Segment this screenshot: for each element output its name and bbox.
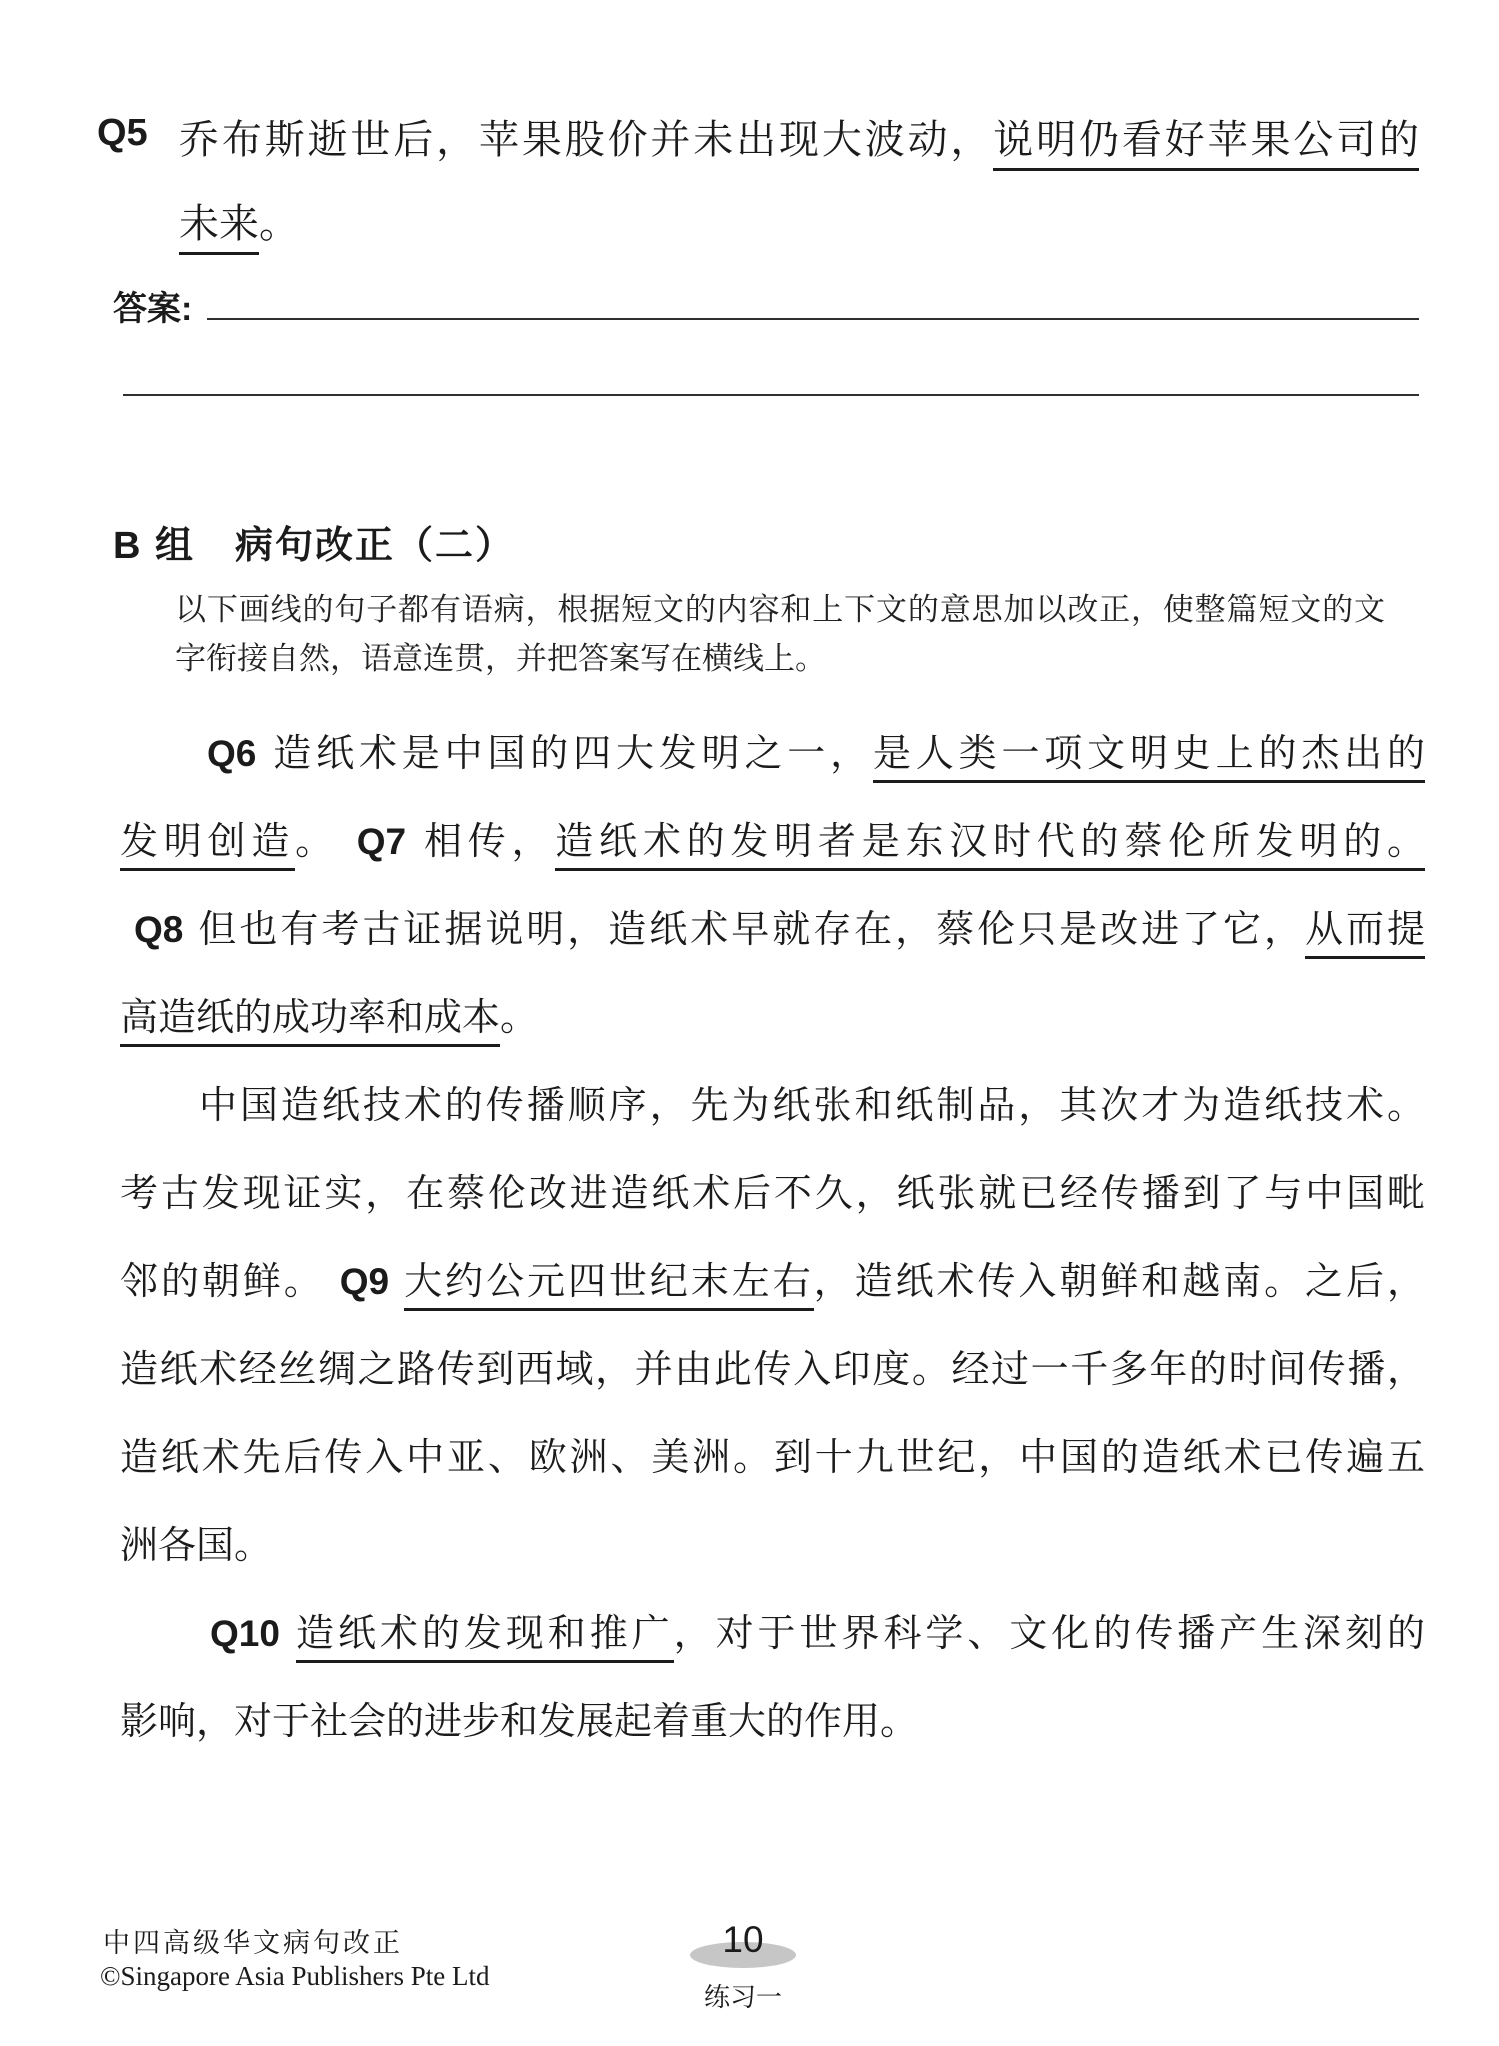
text-run: 乔布斯逝世后，苹果股价并未出现大波动， [179, 117, 993, 163]
text-run: 邻的朝鲜。 [120, 1259, 340, 1303]
text-run: 以下画线的句子都有语病，根据短文的内容和上下文的意思加以改正，使整篇短文的文 [175, 592, 1385, 627]
underlined-text: 造纸术的发现和推广 [296, 1611, 674, 1663]
underlined-text: 说明仍看好苹果公司的 [993, 117, 1419, 171]
text-line: 考古发现证实，在蔡伦改进造纸术后不久，纸张就已经传播到了与中国毗 [120, 1149, 1425, 1237]
text-run [389, 1259, 404, 1303]
text-run: ，造纸术传入朝鲜和越南。之后， [814, 1259, 1425, 1303]
text-line: Q8 但也有考古证据说明，造纸术早就存在，蔡伦只是改进了它，从而提 [120, 885, 1425, 973]
page-number: 10 [690, 1919, 796, 1961]
text-line: 中国造纸技术的传播顺序，先为纸张和纸制品，其次才为造纸技术。 [120, 1061, 1425, 1149]
text-line: 造纸术经丝绸之路传到西域，并由此传入印度。经过一千多年的时间传播， [120, 1325, 1425, 1413]
text-line: Q6 造纸术是中国的四大发明之一，是人类一项文明史上的杰出的 [120, 709, 1425, 797]
question-label: Q8 [134, 909, 183, 950]
text-run: ，对于世界科学、文化的传播产生深刻的 [674, 1611, 1425, 1655]
text-line: 洲各国。 [120, 1501, 1425, 1589]
question-label: Q9 [340, 1261, 389, 1302]
footer-book-title: 中四高级华文病句改正 [103, 1921, 403, 1960]
underlined-text: 大约公元四世纪末左右 [404, 1259, 814, 1311]
text-line: 未来。 [179, 182, 1419, 266]
question-label: Q6 [207, 733, 256, 774]
text-run: 但也有考古证据说明，造纸术早就存在，蔡伦只是改进了它， [183, 907, 1305, 951]
underlined-text: 是人类一项文明史上的杰出的 [873, 731, 1425, 783]
answer-label: 答案: [113, 281, 192, 330]
text-line: 影响，对于社会的进步和发展起着重大的作用。 [120, 1677, 1425, 1765]
text-line: Q10 造纸术的发现和推广，对于世界科学、文化的传播产生深刻的 [120, 1589, 1425, 1677]
underlined-text: 造纸术的发明者是东汉时代的蔡伦所发明的。 [555, 819, 1425, 871]
answer-blank-line-1 [207, 318, 1419, 320]
text-run: 。 [259, 201, 299, 247]
underlined-text: 高造纸的成功率和成本 [120, 995, 500, 1047]
text-line: 邻的朝鲜。 Q9 大约公元四世纪末左右，造纸术传入朝鲜和越南。之后， [120, 1237, 1425, 1325]
question-label: Q7 [357, 821, 406, 862]
footer-exercise-label: 练习一 [680, 1977, 806, 2014]
text-run: 考古发现证实，在蔡伦改进造纸术后不久，纸张就已经传播到了与中国毗 [120, 1171, 1425, 1215]
text-run: 造纸术经丝绸之路传到西域，并由此传入印度。经过一千多年的时间传播， [120, 1347, 1425, 1391]
text-run: 造纸术是中国的四大发明之一， [256, 731, 873, 775]
question-label: Q10 [210, 1613, 280, 1654]
text-run: 。 [295, 819, 357, 863]
passage: Q6 造纸术是中国的四大发明之一，是人类一项文明史上的杰出的发明创造。 Q7 相… [120, 709, 1425, 1765]
text-line: 造纸术先后传入中亚、欧洲、美洲。到十九世纪，中国的造纸术已传遍五 [120, 1413, 1425, 1501]
underlined-text: 未来 [179, 201, 259, 255]
text-run: 洲各国。 [120, 1523, 272, 1567]
text-run: 影响，对于社会的进步和发展起着重大的作用。 [120, 1699, 918, 1743]
text-run [280, 1611, 296, 1655]
question-label-q5: Q5 [97, 112, 148, 155]
text-line: 字衔接自然，语意连贯，并把答案写在横线上。 [175, 634, 1385, 683]
text-run: 字衔接自然，语意连贯，并把答案写在横线上。 [175, 641, 826, 676]
answer-blank-line-2 [123, 394, 1419, 396]
text-line: 乔布斯逝世后，苹果股价并未出现大波动，说明仍看好苹果公司的 [179, 98, 1419, 182]
section-b-instructions: 以下画线的句子都有语病，根据短文的内容和上下文的意思加以改正，使整篇短文的文字衔… [175, 585, 1385, 683]
text-line: 以下画线的句子都有语病，根据短文的内容和上下文的意思加以改正，使整篇短文的文 [175, 585, 1385, 634]
document-page: Q5 乔布斯逝世后，苹果股价并未出现大波动，说明仍看好苹果公司的未来。 答案: … [0, 0, 1499, 2046]
text-run: 。 [500, 995, 538, 1039]
text-run: 造纸术先后传入中亚、欧洲、美洲。到十九世纪，中国的造纸术已传遍五 [120, 1435, 1425, 1479]
text-line: 发明创造。 Q7 相传，造纸术的发明者是东汉时代的蔡伦所发明的。 [120, 797, 1425, 885]
text-run: 中国造纸技术的传播顺序，先为纸张和纸制品，其次才为造纸技术。 [199, 1083, 1425, 1127]
q5-text: 乔布斯逝世后，苹果股价并未出现大波动，说明仍看好苹果公司的未来。 [179, 98, 1419, 266]
underlined-text: 从而提 [1305, 907, 1425, 959]
text-line: 高造纸的成功率和成本。 [120, 973, 1425, 1061]
underlined-text: 发明创造 [120, 819, 295, 871]
text-run: 相传， [406, 819, 555, 863]
section-b-header: B 组 病句改正（二） [113, 514, 515, 569]
footer-copyright: ©Singapore Asia Publishers Pte Ltd [100, 1961, 490, 1992]
